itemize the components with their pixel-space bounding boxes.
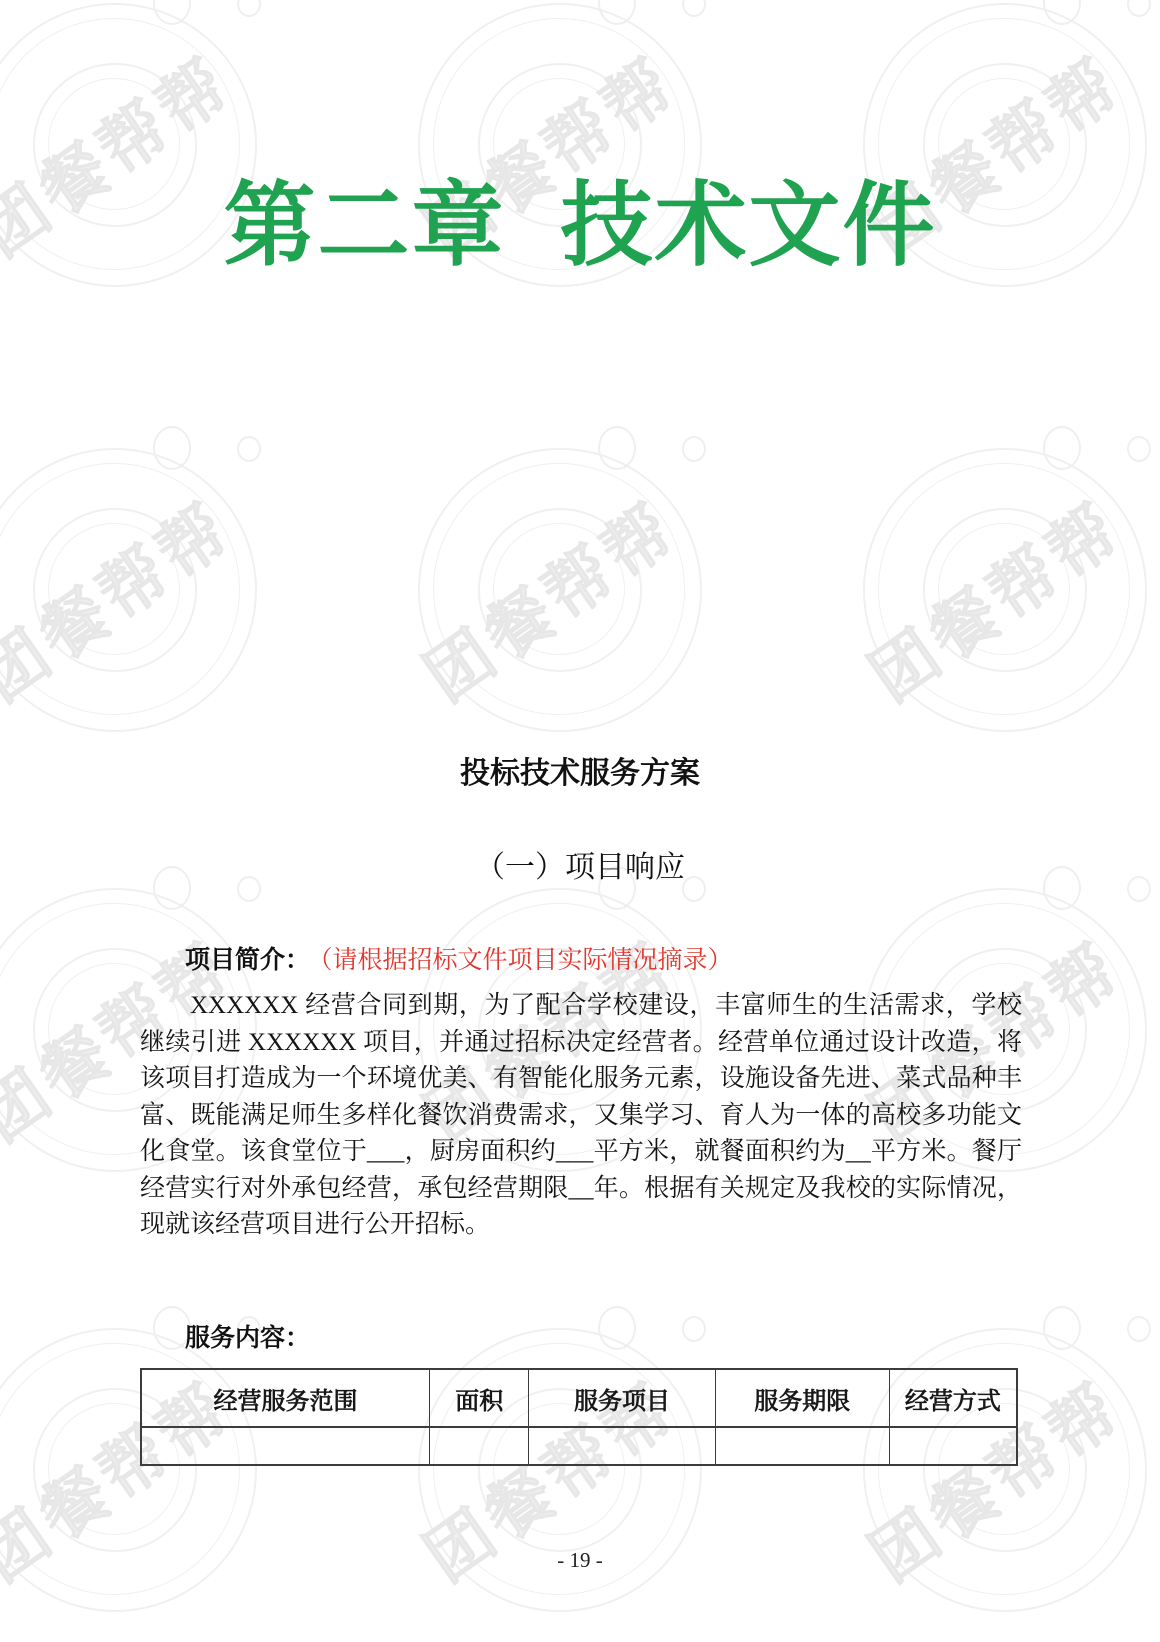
chapter-title: 第二章 技术文件 xyxy=(0,152,1160,284)
service-content-label: 服务内容： xyxy=(185,1318,310,1354)
page-content: 第二章 技术文件 投标技术服务方案 （一）项目响应 项目简介：（请根据招标文件项… xyxy=(0,0,1160,1642)
service-content-table: 经营服务范围 面积 服务项目 服务期限 经营方式 xyxy=(140,1368,1018,1466)
table-header-term: 服务期限 xyxy=(715,1369,889,1427)
table-cell xyxy=(141,1427,430,1465)
project-intro-paragraph: XXXXXX 经营合同到期，为了配合学校建设，丰富师生的生活需求，学校继续引进 … xyxy=(140,988,1022,1244)
table-cell xyxy=(529,1427,715,1465)
main-heading: 投标技术服务方案 xyxy=(0,748,1160,792)
table-cell xyxy=(430,1427,529,1465)
table-row xyxy=(141,1427,1017,1465)
intro-line: 项目简介：（请根据招标文件项目实际情况摘录） xyxy=(185,944,1035,978)
table-cell xyxy=(889,1427,1017,1465)
intro-note: （请根据招标文件项目实际情况摘录） xyxy=(320,947,733,974)
document-page: 团餐帮帮团餐帮帮团餐帮帮团餐帮帮团餐帮帮团餐帮帮团餐帮帮团餐帮帮团餐帮帮团餐帮帮… xyxy=(0,0,1160,1642)
sub-heading: （一）项目响应 xyxy=(0,842,1160,886)
page-number: - 19 - xyxy=(0,1548,1160,1573)
table-header-mode: 经营方式 xyxy=(889,1369,1017,1427)
table-header-scope: 经营服务范围 xyxy=(141,1369,430,1427)
table-cell xyxy=(715,1427,889,1465)
table-header-area: 面积 xyxy=(430,1369,529,1427)
intro-label: 项目简介： xyxy=(185,946,310,974)
table-header-row: 经营服务范围 面积 服务项目 服务期限 经营方式 xyxy=(141,1369,1017,1427)
table-header-service: 服务项目 xyxy=(529,1369,715,1427)
